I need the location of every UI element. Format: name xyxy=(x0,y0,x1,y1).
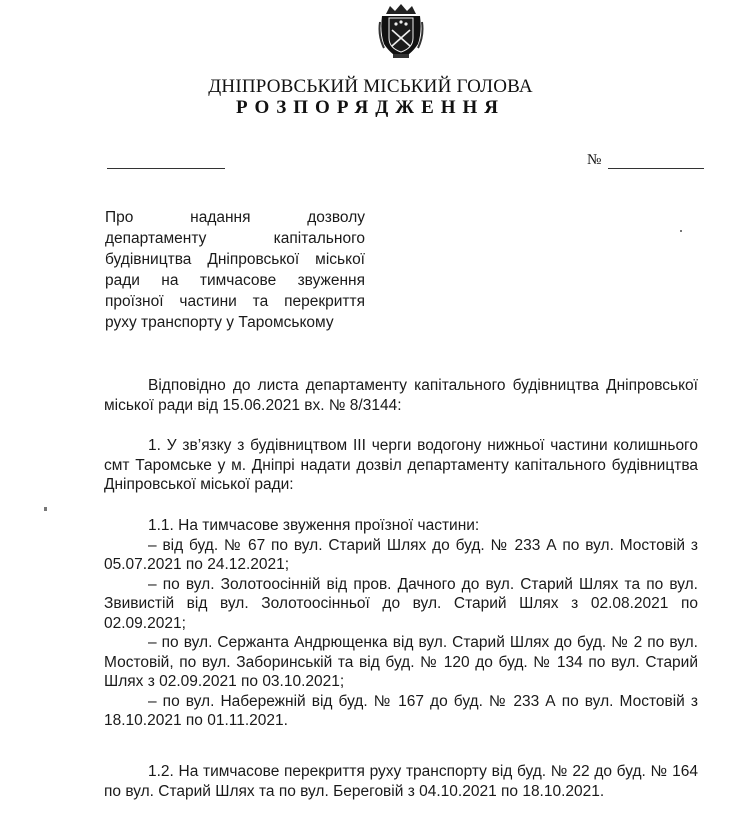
list-item: – по вул. Сержанта Андрющенка від вул. С… xyxy=(104,633,698,692)
item-1-2-text: 1.2. На тимчасове перекриття руху трансп… xyxy=(104,763,698,800)
number-field-line xyxy=(608,168,704,169)
document-subject: Про надання дозволу департаменту капітал… xyxy=(105,207,365,333)
issuer-title: ДНІПРОВСЬКИЙ МІСЬКИЙ ГОЛОВА xyxy=(0,76,741,98)
coat-of-arms-icon xyxy=(378,2,424,60)
scan-artifact xyxy=(680,230,682,232)
list-item: – від буд. № 67 по вул. Старий Шлях до б… xyxy=(104,536,698,575)
list-item: – по вул. Золотоосінній від пров. Дачног… xyxy=(104,575,698,634)
document-page: ДНІПРОВСЬКИЙ МІСЬКИЙ ГОЛОВА РОЗПОРЯДЖЕНН… xyxy=(0,0,741,825)
item-1-1-title: 1.1. На тимчасове звуження проїзної част… xyxy=(148,517,479,534)
intro-text: Відповідно до листа департаменту капітал… xyxy=(104,377,698,414)
scan-artifact xyxy=(44,507,47,511)
item-1-1-title-row: 1.1. На тимчасове звуження проїзної част… xyxy=(104,516,698,536)
item-1-text: 1. У зв’язку з будівництвом ІІІ черги во… xyxy=(104,437,698,493)
intro-paragraph: Відповідно до листа департаменту капітал… xyxy=(104,376,698,415)
item-1-1-section: 1.1. На тимчасове звуження проїзної част… xyxy=(104,516,698,731)
item-1-paragraph: 1. У зв’язку з будівництвом ІІІ черги во… xyxy=(104,436,698,495)
document-type-title: РОЗПОРЯДЖЕННЯ xyxy=(0,97,741,119)
number-label: № xyxy=(587,152,601,169)
item-1-2-paragraph: 1.2. На тимчасове перекриття руху трансп… xyxy=(104,762,698,801)
date-field-line xyxy=(107,168,225,169)
list-item: – по вул. Набережній від буд. № 167 до б… xyxy=(104,692,698,731)
